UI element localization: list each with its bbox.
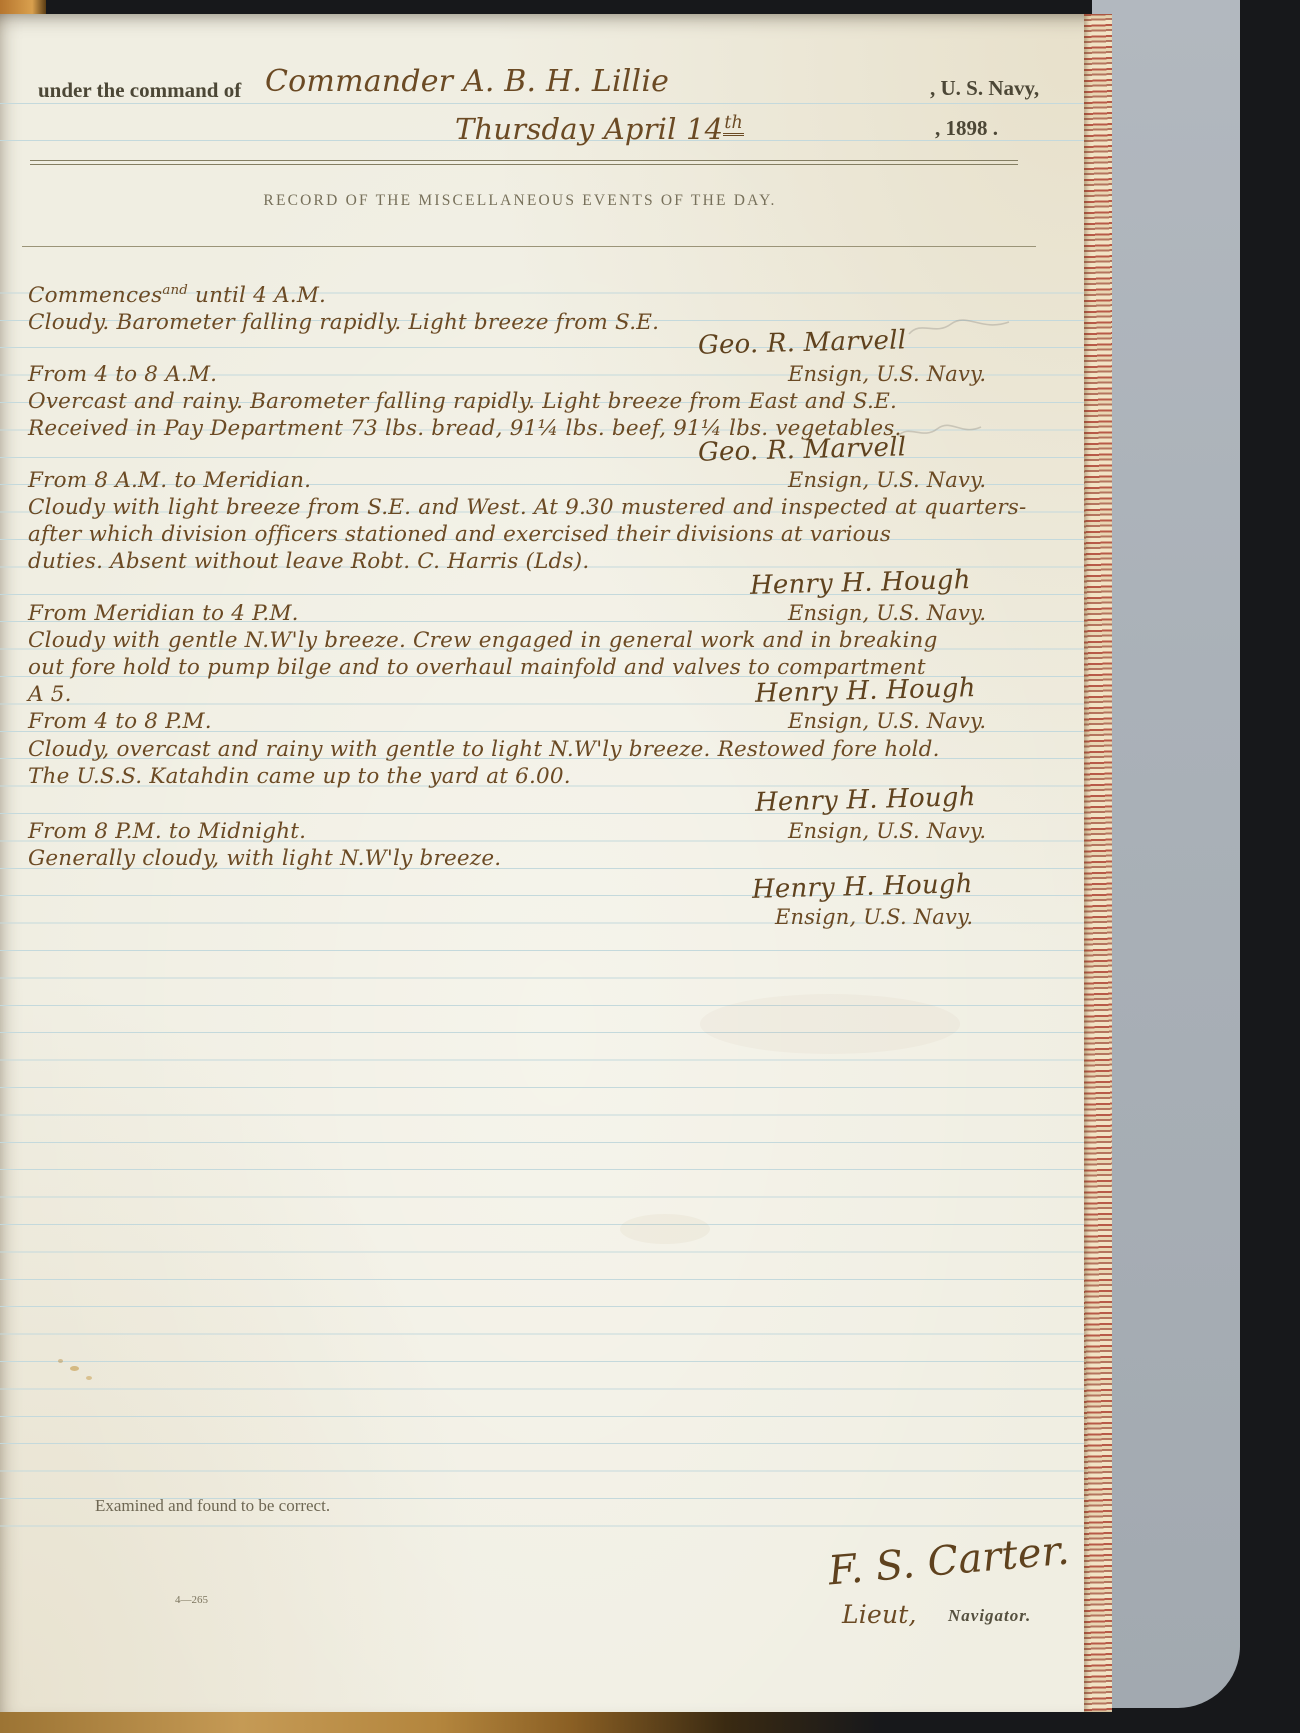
entry-line: Cloudy with gentle N.W'ly breeze. Crew e…	[28, 628, 938, 653]
printed-us-navy: , U. S. Navy,	[930, 76, 1039, 101]
pencil-annotation	[905, 314, 1015, 344]
entry-heading: From 8 P.M. to Midnight.	[28, 819, 306, 844]
printed-command-prefix: under the command of	[38, 78, 241, 103]
marbled-fore-edge	[1084, 14, 1112, 1712]
stain	[86, 1376, 92, 1380]
stain	[58, 1359, 63, 1363]
entry-line: Cloudy. Barometer falling rapidly. Light…	[28, 310, 659, 335]
officer-title: Ensign, U.S. Navy.	[775, 905, 973, 929]
officer-title: Ensign, U.S. Navy.	[788, 819, 986, 843]
stain	[620, 1214, 710, 1244]
log-page: under the command of Commander A. B. H. …	[0, 14, 1112, 1712]
date-text: Thursday April 14	[455, 112, 723, 146]
navigator-signature: F. S. Carter.	[826, 1528, 1071, 1595]
entry-heading-text: until 4 A.M.	[188, 283, 326, 308]
backing-sheet	[1092, 0, 1240, 1708]
officer-signature: Henry H. Hough	[752, 869, 973, 905]
form-number: 4—265	[175, 1594, 208, 1606]
officer-signature: Geo. R. Marvell	[698, 325, 907, 360]
entry-line: Generally cloudy, with light N.W'ly bree…	[28, 846, 501, 871]
scanned-logbook-photo: under the command of Commander A. B. H. …	[0, 0, 1300, 1733]
date-ordinal: th	[723, 113, 744, 136]
officer-title: Ensign, U.S. Navy.	[788, 362, 986, 386]
commander-name-handwritten: Commander A. B. H. Lillie	[265, 64, 669, 99]
entry-line: after which division officers stationed …	[28, 522, 891, 547]
officer-title: Ensign, U.S. Navy.	[788, 468, 986, 492]
entry-heading: From 4 to 8 P.M.	[28, 709, 212, 734]
pencil-annotation	[895, 420, 985, 446]
navigator-printed-label: Navigator.	[948, 1606, 1031, 1626]
entry-heading: Commencesand until 4 A.M.	[28, 283, 326, 308]
entry-heading: From Meridian to 4 P.M.	[28, 601, 299, 626]
entry-line: The U.S.S. Katahdin came up to the yard …	[28, 764, 571, 789]
book-edge-top	[0, 0, 46, 15]
officer-title: Ensign, U.S. Navy.	[788, 601, 986, 625]
officer-signature: Henry H. Hough	[755, 673, 976, 709]
date-handwritten: Thursday April 14th	[455, 112, 744, 146]
entry-line: Overcast and rainy. Barometer falling ra…	[28, 389, 897, 414]
entry-heading: From 8 A.M. to Meridian.	[28, 468, 311, 493]
navigator-rank-handwritten: Lieut,	[842, 1600, 917, 1629]
entry-line: Cloudy, overcast and rainy with gentle t…	[28, 737, 940, 762]
header-rule-line	[0, 103, 1084, 104]
entry-line: A 5.	[28, 682, 72, 707]
entry-heading: From 4 to 8 A.M.	[28, 362, 217, 387]
double-rule	[30, 160, 1018, 165]
entry-heading-superscript: and	[162, 283, 188, 298]
officer-title: Ensign, U.S. Navy.	[788, 709, 986, 733]
officer-signature: Geo. R. Marvell	[698, 432, 907, 467]
section-heading: RECORD OF THE MISCELLANEOUS EVENTS OF TH…	[0, 192, 1040, 210]
examined-statement: Examined and found to be correct.	[95, 1496, 330, 1516]
thin-rule	[22, 246, 1036, 247]
officer-signature: Henry H. Hough	[755, 782, 976, 818]
entry-line: Cloudy with light breeze from S.E. and W…	[28, 495, 1027, 520]
entry-heading-text: Commences	[28, 283, 162, 308]
stain	[70, 1366, 79, 1371]
entry-line: out fore hold to pump bilge and to overh…	[28, 655, 926, 680]
printed-year: , 1898 .	[935, 116, 998, 141]
entry-line: duties. Absent without leave Robt. C. Ha…	[28, 549, 589, 574]
show-through	[700, 994, 960, 1054]
book-edge-bottom	[0, 1712, 1100, 1733]
officer-signature: Henry H. Hough	[750, 565, 971, 601]
